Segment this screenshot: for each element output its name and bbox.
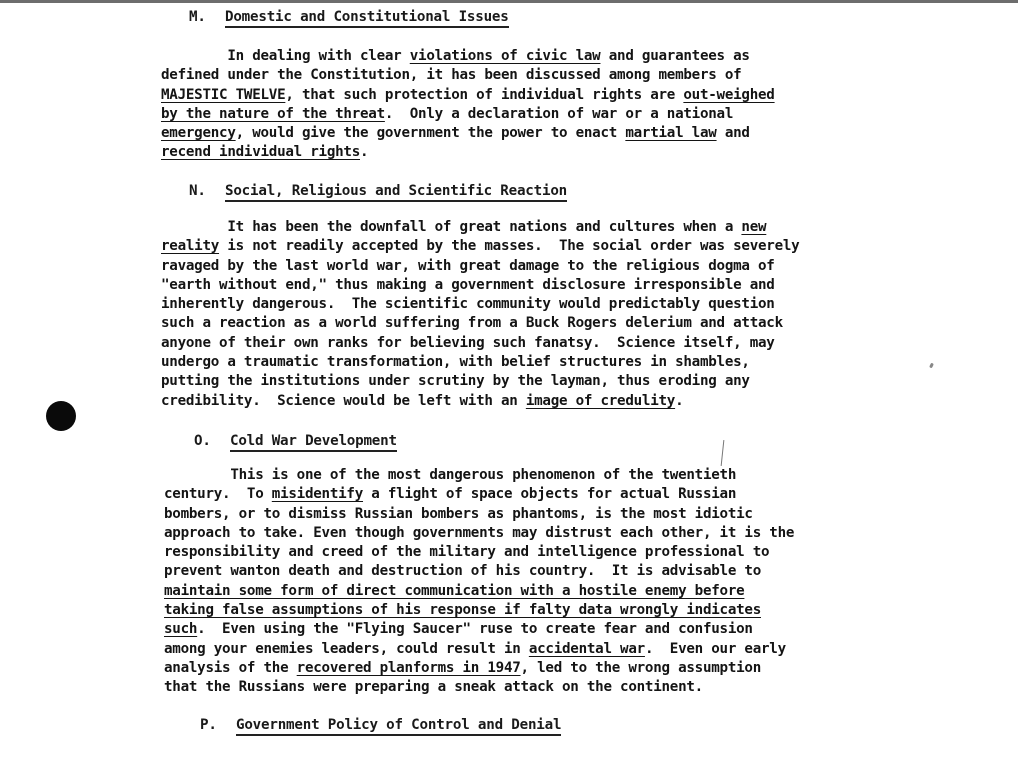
underlined-phrase: image of credulity bbox=[526, 393, 675, 409]
text-line: that the Russians were preparing a sneak… bbox=[164, 678, 794, 697]
section-title: Government Policy of Control and Denial bbox=[236, 717, 561, 736]
text-line: credibility. Science would be left with … bbox=[161, 392, 799, 411]
underlined-phrase: violations of civic law bbox=[410, 48, 601, 64]
text-run: inherently dangerous. The scientific com… bbox=[161, 296, 775, 312]
section-letter: O. bbox=[194, 433, 230, 449]
text-line: by the nature of the threat. Only a decl… bbox=[161, 105, 775, 124]
section-heading-n: N.Social, Religious and Scientific React… bbox=[189, 183, 567, 199]
text-run: . Even our early bbox=[645, 641, 786, 657]
text-run: a flight of space objects for actual Rus… bbox=[363, 486, 736, 502]
section-body-m: In dealing with clear violations of civi… bbox=[161, 47, 775, 163]
text-line: such a reaction as a world suffering fro… bbox=[161, 314, 799, 333]
underlined-phrase: out-weighed bbox=[683, 87, 774, 103]
section-title: Domestic and Constitutional Issues bbox=[225, 9, 509, 28]
section-letter: N. bbox=[189, 183, 225, 199]
section-title: Social, Religious and Scientific Reactio… bbox=[225, 183, 567, 202]
text-line: century. To misidentify a flight of spac… bbox=[164, 485, 794, 504]
underlined-phrase: new bbox=[741, 219, 766, 235]
text-line: analysis of the recovered planforms in 1… bbox=[164, 659, 794, 678]
text-line: bombers, or to dismiss Russian bombers a… bbox=[164, 505, 794, 524]
text-run: anyone of their own ranks for believing … bbox=[161, 335, 775, 351]
underlined-phrase: emergency bbox=[161, 125, 236, 141]
text-run: , would give the government the power to… bbox=[236, 125, 626, 141]
section-heading-o: O.Cold War Development bbox=[194, 433, 397, 449]
text-line: In dealing with clear violations of civi… bbox=[161, 47, 775, 66]
underlined-phrase: recovered planforms in 1947 bbox=[297, 660, 521, 676]
underlined-phrase: martial law bbox=[625, 125, 716, 141]
text-run: putting the institutions under scrutiny … bbox=[161, 373, 750, 389]
text-run: ravaged by the last world war, with grea… bbox=[161, 258, 775, 274]
section-letter: P. bbox=[200, 717, 236, 733]
text-line: prevent wanton death and destruction of … bbox=[164, 562, 794, 581]
text-run: "earth without end," thus making a gover… bbox=[161, 277, 775, 293]
underlined-phrase: such bbox=[164, 621, 197, 637]
text-run: , that such protection of individual rig… bbox=[285, 87, 683, 103]
text-run: century. To bbox=[164, 486, 272, 502]
underlined-phrase: MAJESTIC TWELVE bbox=[161, 87, 285, 103]
underlined-phrase: misidentify bbox=[272, 486, 363, 502]
text-run: among your enemies leaders, could result… bbox=[164, 641, 529, 657]
text-line: approach to take. Even though government… bbox=[164, 524, 794, 543]
section-heading-m: M.Domestic and Constitutional Issues bbox=[189, 9, 509, 25]
text-line: undergo a traumatic transformation, with… bbox=[161, 353, 799, 372]
section-body-o: This is one of the most dangerous phenom… bbox=[164, 466, 794, 698]
text-run: that the Russians were preparing a sneak… bbox=[164, 679, 703, 695]
text-run: . bbox=[360, 144, 368, 160]
text-line: "earth without end," thus making a gover… bbox=[161, 276, 799, 295]
pen-stroke-mark bbox=[721, 440, 725, 466]
text-run: approach to take. Even though government… bbox=[164, 525, 794, 541]
underlined-phrase: maintain some form of direct communicati… bbox=[164, 583, 744, 599]
punch-hole-mark bbox=[46, 401, 76, 431]
text-run: In dealing with clear bbox=[161, 48, 410, 64]
text-line: putting the institutions under scrutiny … bbox=[161, 372, 799, 391]
underlined-phrase: taking false assumptions of his response… bbox=[164, 602, 761, 618]
underlined-phrase: reality bbox=[161, 238, 219, 254]
section-heading-p: P.Government Policy of Control and Denia… bbox=[200, 717, 561, 733]
text-run: prevent wanton death and destruction of … bbox=[164, 563, 761, 579]
text-run: bombers, or to dismiss Russian bombers a… bbox=[164, 506, 753, 522]
text-run: . Only a declaration of war or a nationa… bbox=[385, 106, 733, 122]
text-line: It has been the downfall of great nation… bbox=[161, 218, 799, 237]
text-run: defined under the Constitution, it has b… bbox=[161, 67, 741, 83]
text-line: inherently dangerous. The scientific com… bbox=[161, 295, 799, 314]
text-run: responsibility and creed of the military… bbox=[164, 544, 769, 560]
underlined-phrase: accidental war bbox=[529, 641, 645, 657]
text-run: . Even using the "Flying Saucer" ruse to… bbox=[197, 621, 753, 637]
text-run: analysis of the bbox=[164, 660, 297, 676]
text-line: This is one of the most dangerous phenom… bbox=[164, 466, 794, 485]
text-line: anyone of their own ranks for believing … bbox=[161, 334, 799, 353]
text-line: such. Even using the "Flying Saucer" rus… bbox=[164, 620, 794, 639]
section-title: Cold War Development bbox=[230, 433, 397, 452]
text-line: defined under the Constitution, it has b… bbox=[161, 66, 775, 85]
text-line: taking false assumptions of his response… bbox=[164, 601, 794, 620]
scan-speck bbox=[929, 363, 934, 369]
text-line: responsibility and creed of the military… bbox=[164, 543, 794, 562]
text-run: credibility. Science would be left with … bbox=[161, 393, 526, 409]
text-line: emergency, would give the government the… bbox=[161, 124, 775, 143]
text-line: reality is not readily accepted by the m… bbox=[161, 237, 799, 256]
underlined-phrase: recend individual rights bbox=[161, 144, 360, 160]
text-line: maintain some form of direct communicati… bbox=[164, 582, 794, 601]
section-body-n: It has been the downfall of great nation… bbox=[161, 218, 799, 411]
text-line: ravaged by the last world war, with grea… bbox=[161, 257, 799, 276]
underlined-phrase: by the nature of the threat bbox=[161, 106, 385, 122]
text-run: It has been the downfall of great nation… bbox=[161, 219, 741, 235]
text-run: is not readily accepted by the masses. T… bbox=[219, 238, 799, 254]
text-line: MAJESTIC TWELVE, that such protection of… bbox=[161, 86, 775, 105]
text-line: among your enemies leaders, could result… bbox=[164, 640, 794, 659]
text-line: recend individual rights. bbox=[161, 143, 775, 162]
section-letter: M. bbox=[189, 9, 225, 25]
text-run: , led to the wrong assumption bbox=[521, 660, 761, 676]
text-run: This is one of the most dangerous phenom… bbox=[164, 467, 736, 483]
text-run: and guarantees as bbox=[600, 48, 749, 64]
text-run: and bbox=[717, 125, 750, 141]
document-page: M.Domestic and Constitutional Issues In … bbox=[0, 0, 1018, 757]
text-run: . bbox=[675, 393, 683, 409]
text-run: undergo a traumatic transformation, with… bbox=[161, 354, 750, 370]
text-run: such a reaction as a world suffering fro… bbox=[161, 315, 783, 331]
